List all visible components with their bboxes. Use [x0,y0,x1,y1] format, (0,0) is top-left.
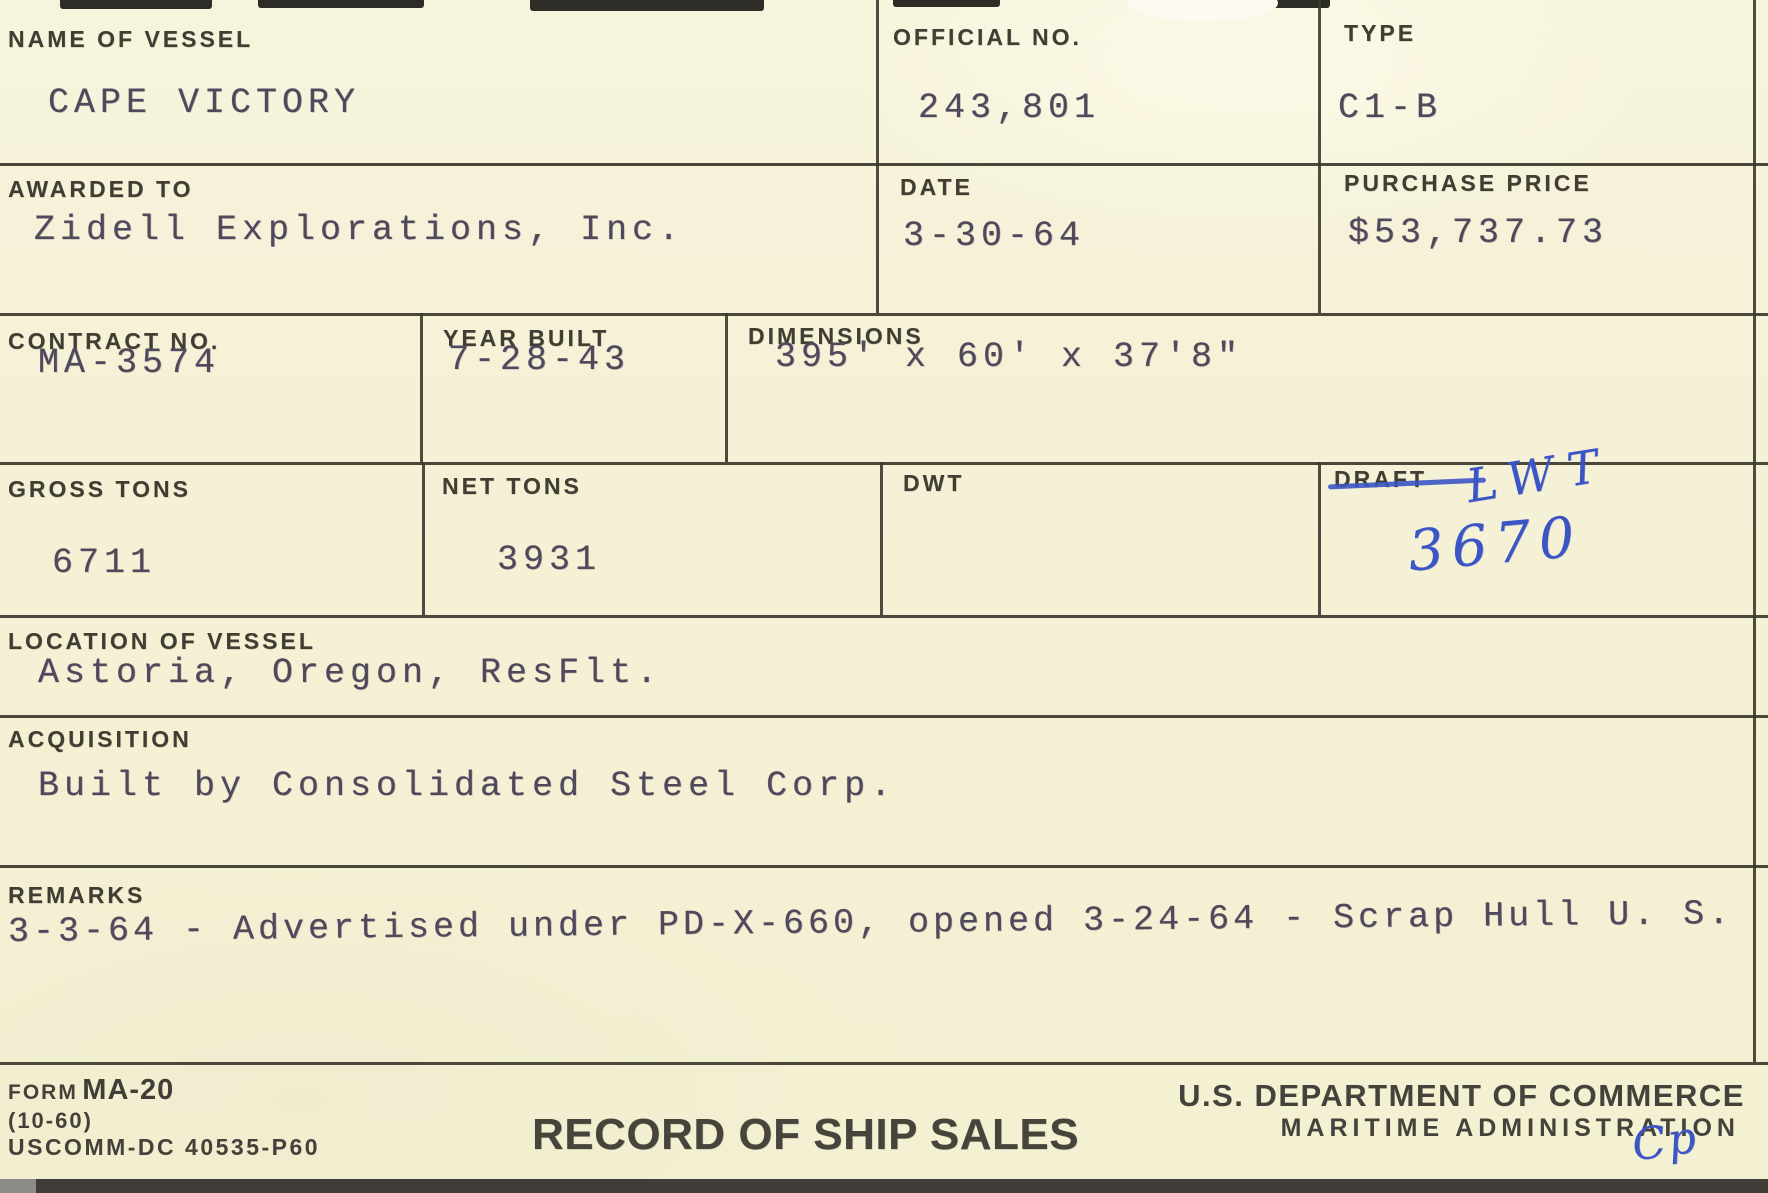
form-number: MA-20 [82,1074,174,1106]
acquisition-value: Built by Consolidated Steel Corp. [38,766,896,806]
scan-artifact-bottom [0,1179,1768,1193]
name-of-vessel-label: NAME OF VESSEL [8,26,253,53]
purchase-price-value: $53,737.73 [1348,213,1608,253]
location-of-vessel-value: Astoria, Oregon, ResFlt. [38,653,662,693]
rule-col-type [1318,0,1321,313]
dimensions-value: 395' x 60' x 37'8" [775,337,1243,377]
remarks-label: REMARKS [8,882,145,909]
gross-tons-label: GROSS TONS [8,476,191,503]
name-of-vessel-value: CAPE VICTORY [48,83,360,123]
location-of-vessel-label: LOCATION OF VESSEL [8,628,316,655]
rule-right-edge [1753,0,1756,1062]
rule-col-yearbuilt [420,313,423,462]
acquisition-label: ACQUISITION [8,726,192,753]
ship-sales-record-card: NAME OF VESSEL CAPE VICTORY OFFICIAL NO.… [0,0,1768,1193]
rule-row4-bottom [0,615,1768,618]
form-number-line: FORM MA-20 [8,1074,174,1107]
form-revision: (10-60) [8,1108,93,1134]
scan-artifact-top [60,0,212,9]
purchase-price-label: PURCHASE PRICE [1344,170,1592,197]
agency-name: U.S. DEPARTMENT OF COMMERCE [1178,1078,1745,1114]
scan-artifact-top [258,0,424,8]
handwritten-initials: Cp [1629,1112,1701,1172]
gross-tons-value: 6711 [52,543,156,583]
rule-acquisition-bottom [0,865,1768,868]
rule-row1-bottom [0,163,1768,166]
rule-footer-top [0,1062,1768,1065]
record-of-ship-sales-title: RECORD OF SHIP SALES [532,1110,1079,1160]
rule-col-draft [1318,462,1321,615]
scan-torn-edge [1128,0,1278,22]
year-built-value: 7-28-43 [448,340,630,380]
scan-artifact-top [893,0,1000,7]
rule-col-dwt [880,462,883,615]
dwt-label: DWT [903,470,964,497]
rule-col-official [876,0,879,313]
form-prefix: FORM [8,1081,78,1104]
type-value: C1-B [1338,88,1442,128]
awarded-to-value: Zidell Explorations, Inc. [34,210,684,250]
rule-location-bottom [0,715,1768,718]
official-no-label: OFFICIAL NO. [893,24,1082,51]
draft-label: DRAFT [1334,466,1427,493]
form-print-code: USCOMM-DC 40535-P60 [8,1134,320,1161]
rule-col-nettons [422,462,425,615]
net-tons-label: NET TONS [442,473,582,500]
draft-handwritten-lwt: LWT [1463,437,1616,513]
remarks-value: 3-3-64 - Advertised under PD-X-660, open… [8,894,1734,952]
scan-artifact-top [530,0,764,11]
date-label: DATE [900,174,973,201]
draft-handwritten-value: 3670 [1405,505,1585,585]
rule-col-dimensions [725,313,728,462]
rule-row2-bottom [0,313,1768,316]
type-label: TYPE [1344,20,1416,47]
date-value: 3-30-64 [903,216,1085,256]
net-tons-value: 3931 [497,540,601,580]
awarded-to-label: AWARDED TO [8,176,193,203]
official-no-value: 243,801 [918,88,1100,128]
contract-no-value: MA-3574 [38,343,220,383]
